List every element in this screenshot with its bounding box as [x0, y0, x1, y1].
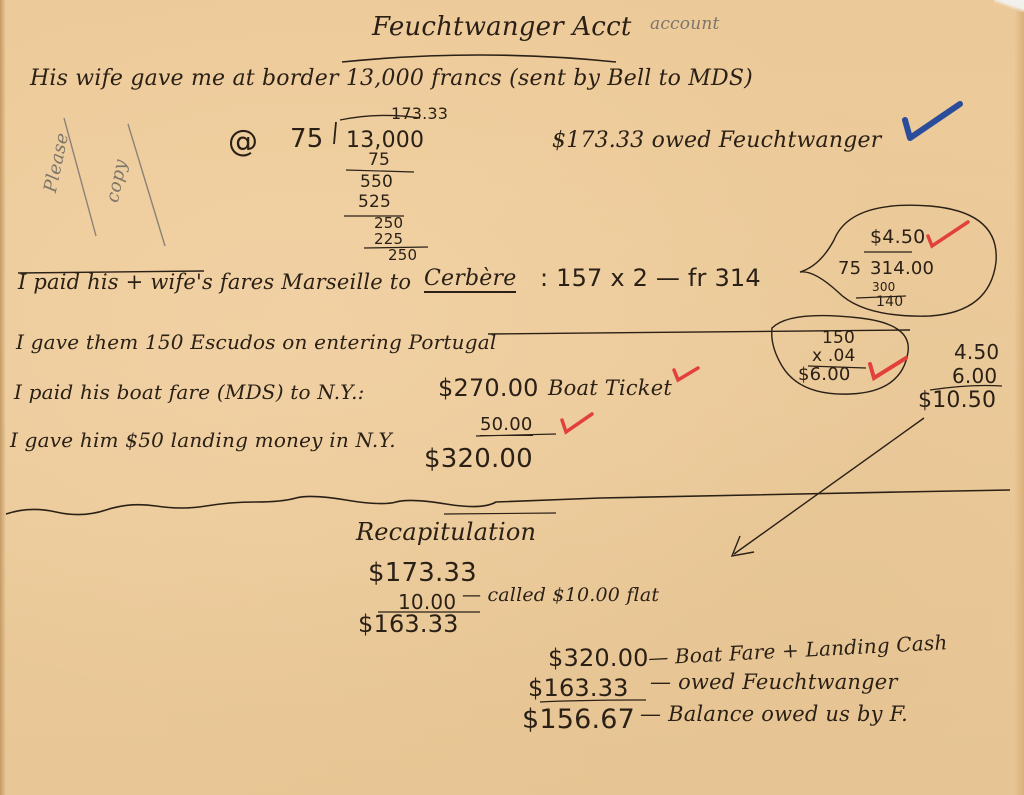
ink-strokes [0, 0, 1024, 795]
document-page: Feuchtwanger Acct account Please copy Hi… [0, 0, 1024, 795]
